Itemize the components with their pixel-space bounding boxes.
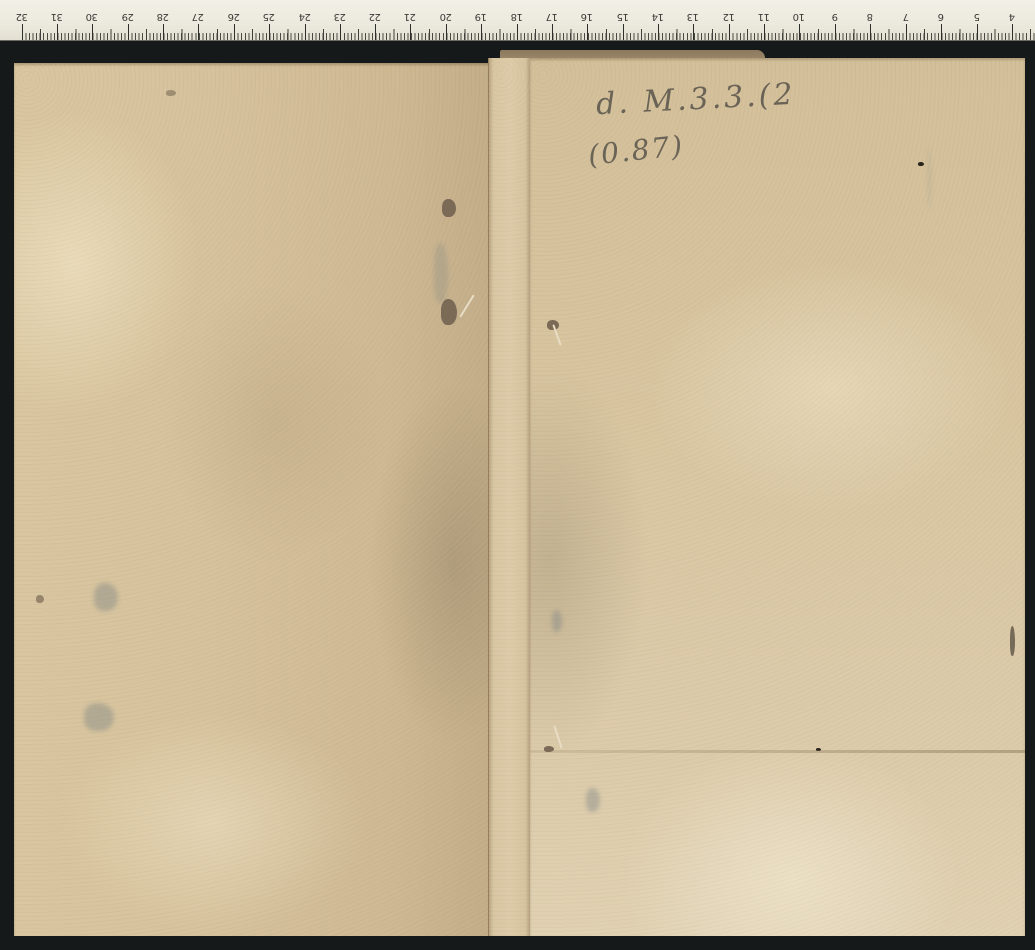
- stain-spine-left: [434, 243, 448, 303]
- back-cover: [14, 63, 490, 936]
- stain-left-2: [84, 703, 114, 731]
- tie-thread-right-lower: [553, 725, 562, 748]
- stain-right-2: [552, 610, 562, 632]
- tie-hole-upper-left: [442, 199, 456, 217]
- front-cover: [530, 58, 1025, 936]
- tie-hole-mid-left: [441, 299, 457, 325]
- open-vellum-book: d. M.3.3.(2 (0.87): [0, 0, 1035, 950]
- spot-top-left: [166, 90, 176, 96]
- tie-thread-left: [459, 294, 474, 317]
- spot-upper-right: [918, 162, 924, 166]
- spot-right-edge: [1010, 626, 1015, 656]
- spot-left: [36, 595, 44, 603]
- stain-left-1: [94, 583, 118, 611]
- pencil-stroke-upper-right: [928, 148, 931, 208]
- spine: [488, 58, 532, 936]
- fold-line: [530, 750, 1025, 753]
- stain-right-1: [586, 788, 600, 812]
